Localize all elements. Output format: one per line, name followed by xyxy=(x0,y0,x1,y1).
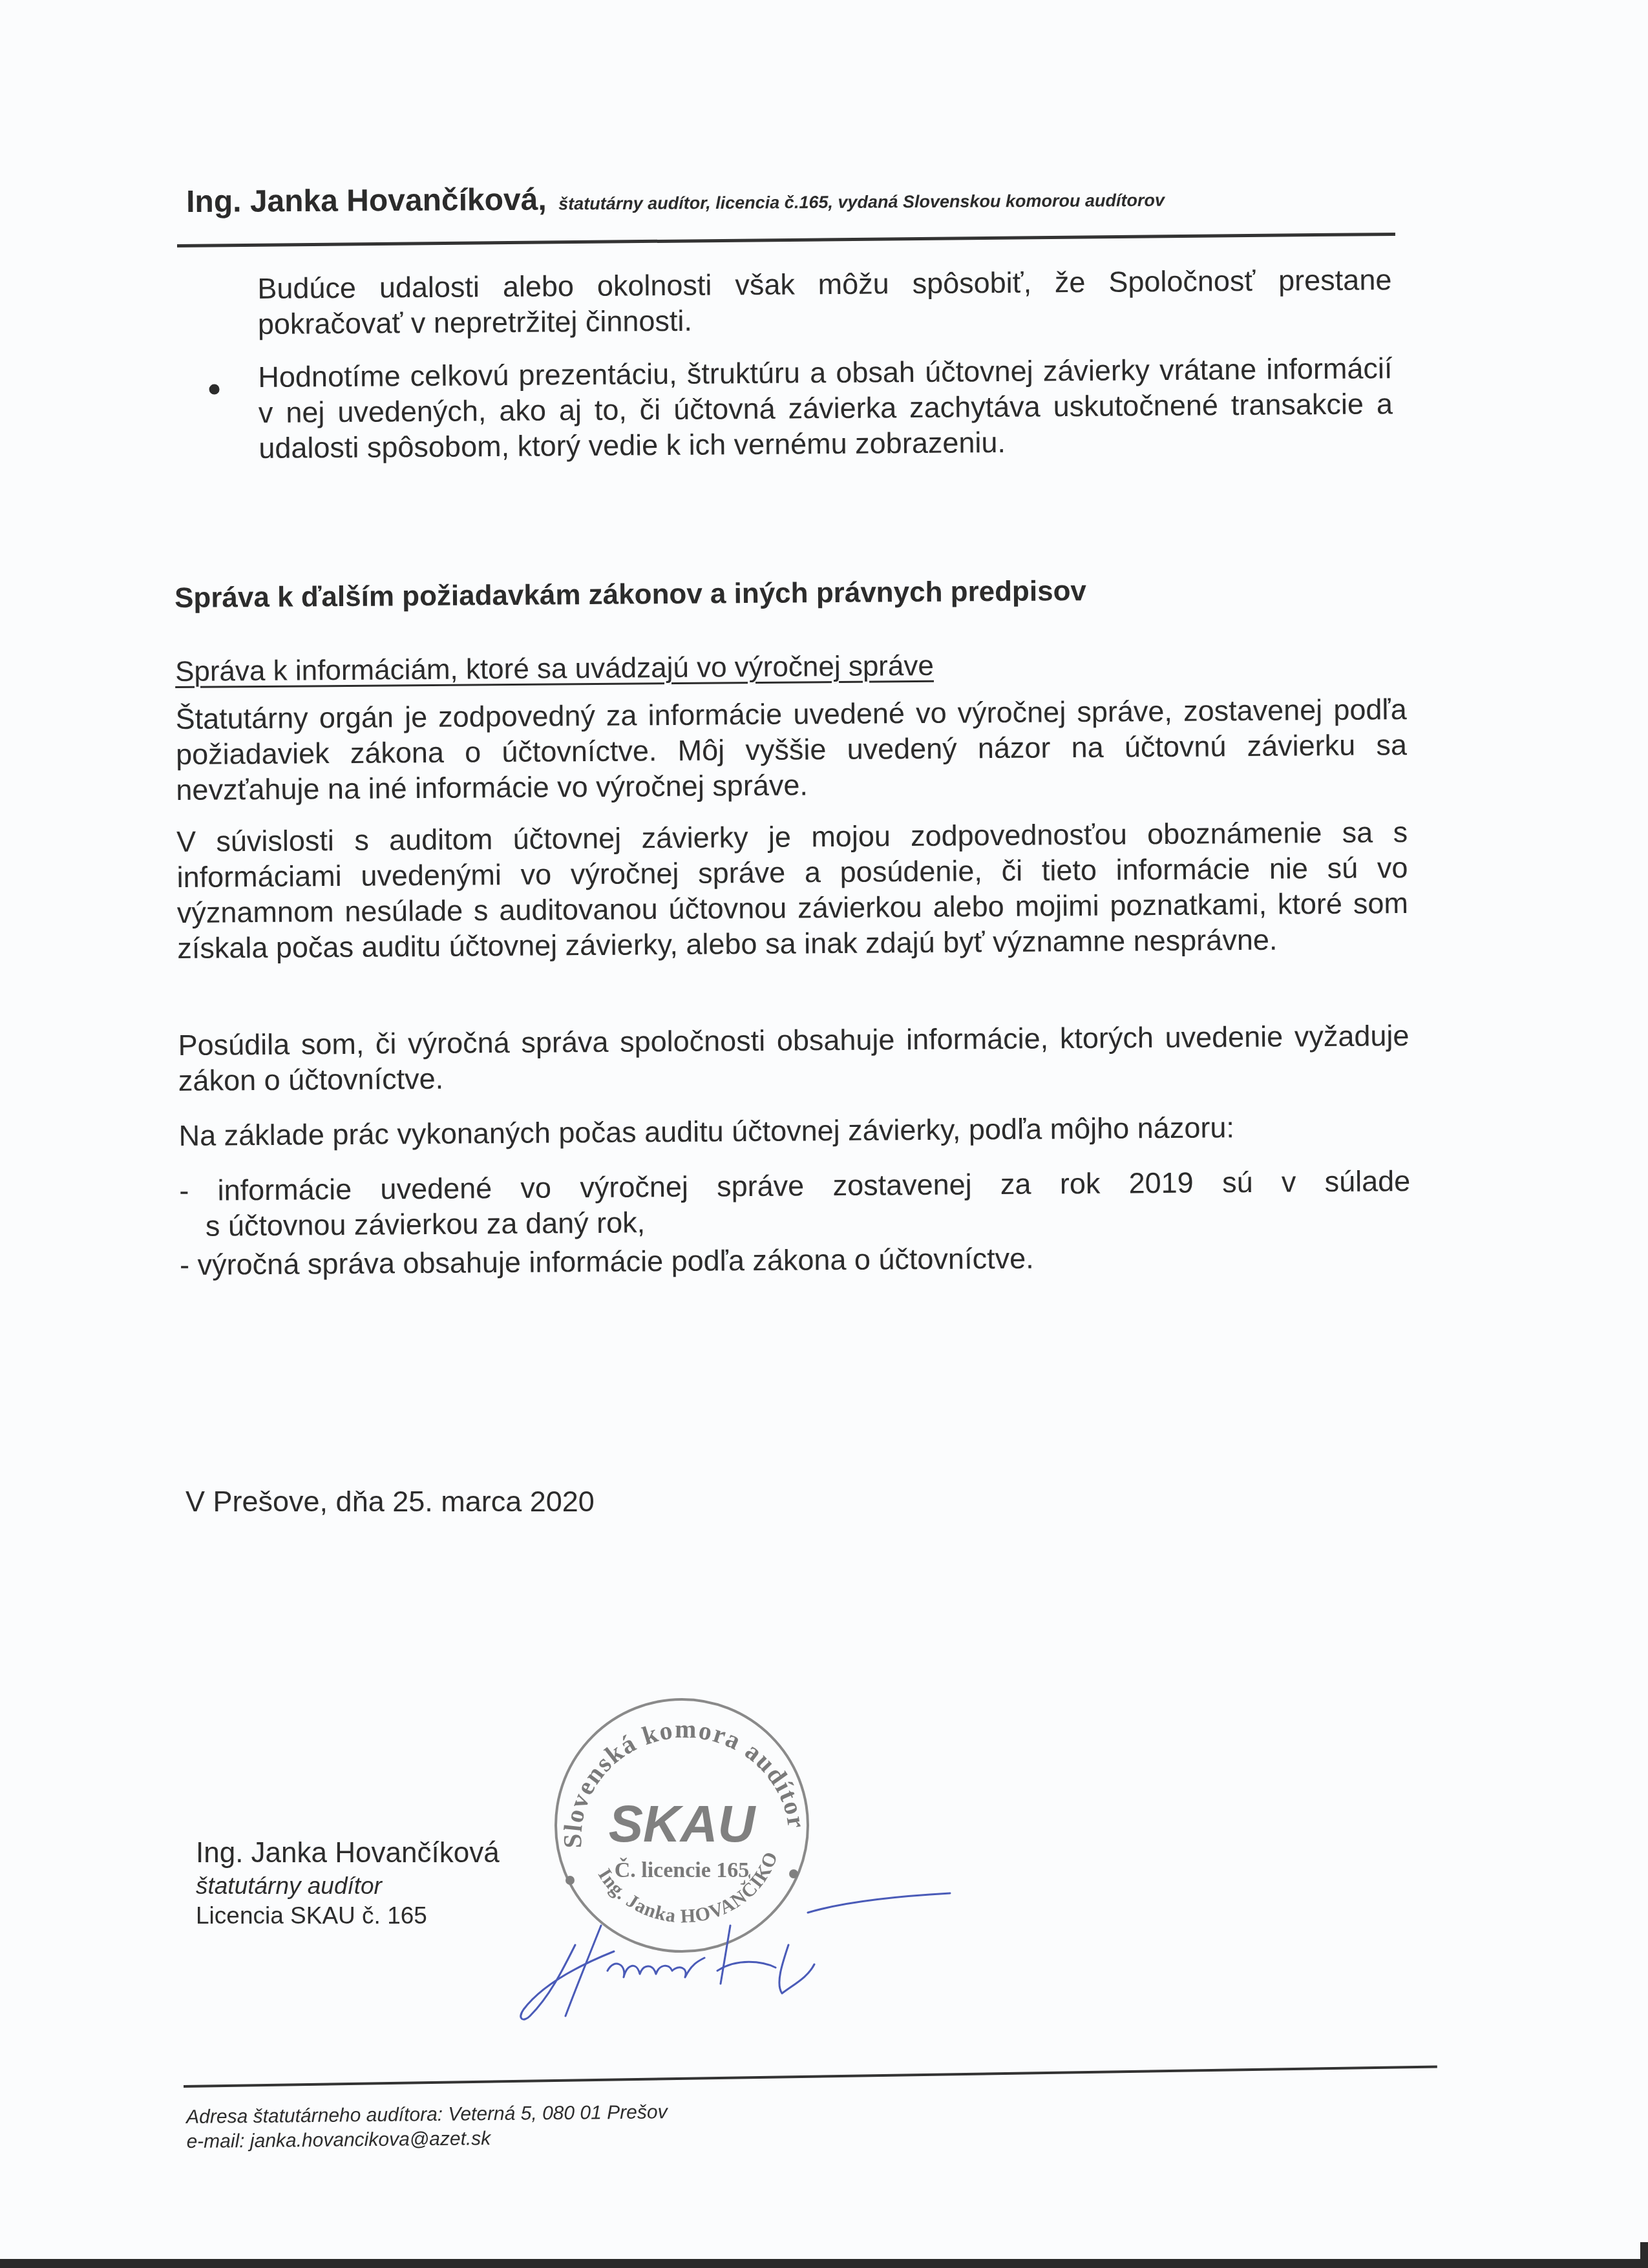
signer-role: štatutárny audítor xyxy=(196,1871,500,1901)
bullet-item: Hodnotíme celkovú prezentáciu, štruktúru… xyxy=(258,350,1393,466)
scan-border xyxy=(1640,2242,1648,2268)
signer-block: Ing. Janka Hovančíková štatutárny audíto… xyxy=(196,1835,500,1931)
stamp-license: Č. licencie 165 xyxy=(615,1858,750,1882)
continuation-paragraph: Budúce udalosti alebo okolnosti však môž… xyxy=(257,262,1392,342)
handwritten-signature-icon xyxy=(504,1887,969,2029)
letterhead: Ing. Janka Hovančíková, štatutárny audít… xyxy=(186,177,1395,220)
paragraph: Na základe prác vykonaných počas auditu … xyxy=(178,1108,1410,1153)
footer-address: Adresa štatutárneho audítora: Veterná 5,… xyxy=(186,2100,668,2130)
paragraph: Posúdila som, či výročná správa spoločno… xyxy=(178,1018,1410,1098)
signer-license: Licencia SKAU č. 165 xyxy=(196,1901,500,1931)
document-page: Ing. Janka Hovančíková, štatutárny audít… xyxy=(0,0,1648,2268)
conclusion-item: - výročná správa obsahuje informácie pod… xyxy=(180,1237,1411,1283)
bullet-icon xyxy=(209,384,220,394)
conclusion-item: - informácie uvedené vo výročnej správe … xyxy=(179,1163,1411,1244)
section-subheading: Správa k informáciám, ktoré sa uvádzajú … xyxy=(175,648,934,689)
signer-name: Ing. Janka Hovančíková xyxy=(196,1835,500,1871)
scan-border xyxy=(0,2259,1648,2268)
letterhead-subtitle: štatutárny audítor, licencia č.165, vyda… xyxy=(558,191,1165,214)
stamp-center: SKAU xyxy=(609,1795,757,1853)
paragraph: Štatutárny orgán je zodpovedný za inform… xyxy=(175,691,1407,808)
paragraph: V súvislosti s auditom účtovnej závierky… xyxy=(176,814,1409,966)
footer: Adresa štatutárneho audítora: Veterná 5,… xyxy=(186,2100,668,2154)
footer-divider xyxy=(184,2066,1437,2088)
conclusion-line: - výročná správa obsahuje informácie pod… xyxy=(180,1242,1034,1281)
document-body: Budúce udalosti alebo okolnosti však môž… xyxy=(0,0,1646,1)
footer-email: e-mail: janka.hovancikova@azet.sk xyxy=(186,2125,668,2154)
letterhead-name: Ing. Janka Hovančíková, xyxy=(186,183,547,219)
place-and-date: V Prešove, dňa 25. marca 2020 xyxy=(185,1485,595,1518)
header-divider xyxy=(177,233,1395,247)
section-heading: Správa k ďalším požiadavkám zákonov a in… xyxy=(174,573,1086,616)
